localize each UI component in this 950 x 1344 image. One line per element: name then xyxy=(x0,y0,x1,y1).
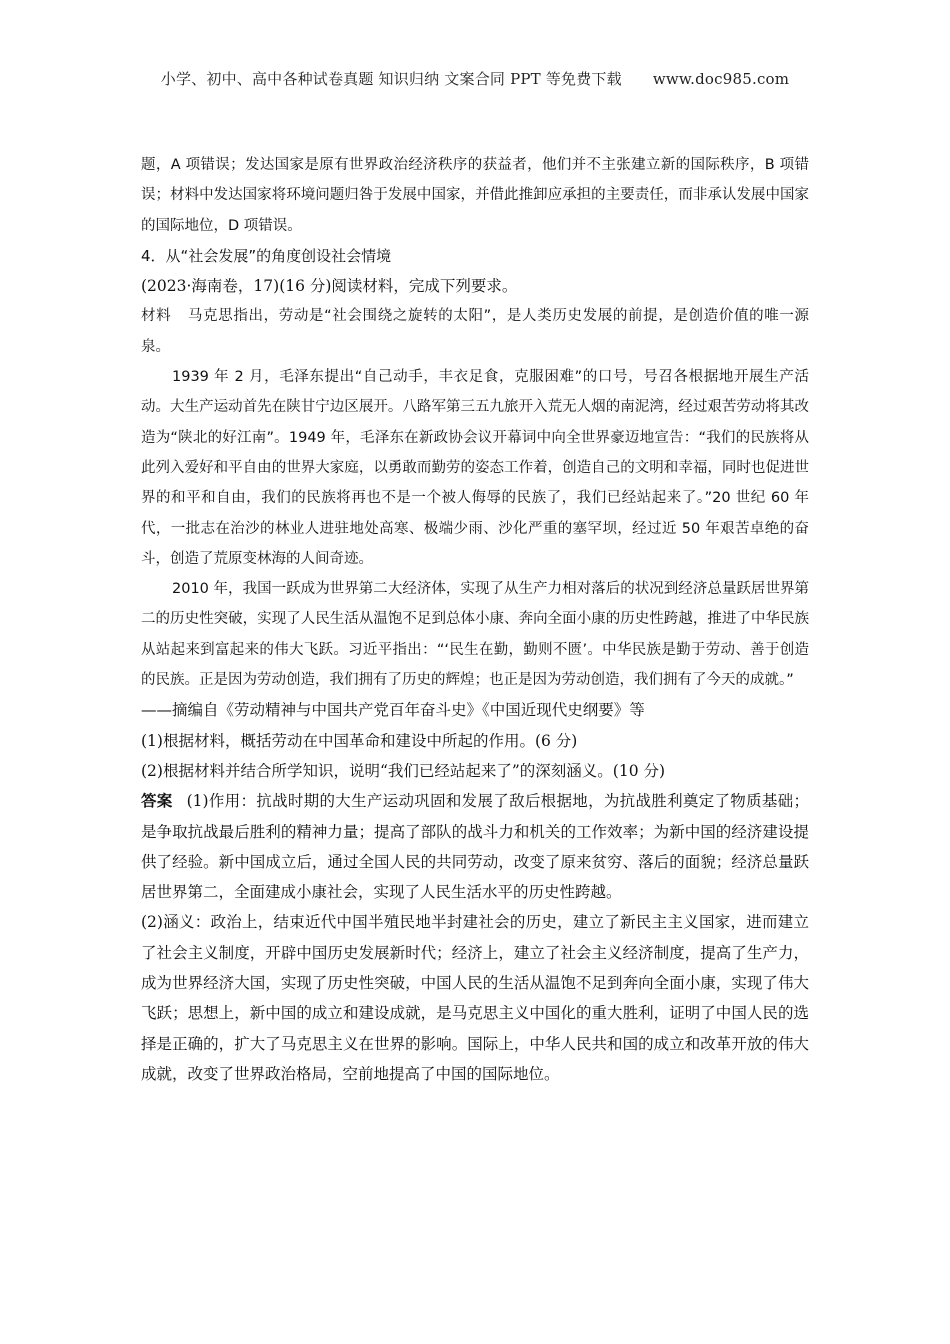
material-intro: 马克思指出，劳动是“社会围绕之旋转的太阳”，是人类历史发展的前提，是创造价值的唯… xyxy=(141,308,809,354)
answer-part-2: (2)涵义：政治上，结束近代中国半殖民地半封建社会的历史，建立了新民主主义国家，… xyxy=(141,907,809,1089)
document-body: 题，A 项错误；发达国家是原有世界政治经济秩序的获益者，他们并不主张建立新的国际… xyxy=(141,150,809,1089)
header-url: www.doc985.com xyxy=(653,70,789,88)
answer-part-1-text: (1)作用：抗战时期的大生产运动巩固和发展了敌后根据地，为抗战胜利奠定了物质基础… xyxy=(141,792,809,901)
answer-part-1: 答案(1)作用：抗战时期的大生产运动巩固和发展了敌后根据地，为抗战胜利奠定了物质… xyxy=(141,786,809,907)
material-citation: ——摘编自《劳动精神与中国共产党百年奋斗史》《中国近现代史纲要》等 xyxy=(141,695,809,725)
section-number: 4． xyxy=(141,247,166,265)
question-source: (2023·海南卷，17)(16 分)阅读材料，完成下列要求。 xyxy=(141,271,809,301)
sub-question-1: (1)根据材料，概括劳动在中国革命和建设中所起的作用。(6 分) xyxy=(141,726,809,756)
section-title: 从“社会发展”的角度创设社会情境 xyxy=(166,247,392,265)
previous-explanation: 题，A 项错误；发达国家是原有世界政治经济秩序的获益者，他们并不主张建立新的国际… xyxy=(141,150,809,241)
answer-label: 答案 xyxy=(141,792,173,810)
page-header: 小学、初中、高中各种试卷真题 知识归纳 文案合同 PPT 等免费下载 www.d… xyxy=(0,68,950,89)
sub-question-2: (2)根据材料并结合所学知识，说明“我们已经站起来了”的深刻涵义。(10 分) xyxy=(141,756,809,786)
header-tagline: 小学、初中、高中各种试卷真题 知识归纳 文案合同 PPT 等免费下载 xyxy=(161,70,622,88)
section-heading: 4．从“社会发展”的角度创设社会情境 xyxy=(141,241,809,271)
material-intro-paragraph: 材料马克思指出，劳动是“社会围绕之旋转的太阳”，是人类历史发展的前提，是创造价值… xyxy=(141,301,809,362)
material-label: 材料 xyxy=(141,308,171,324)
material-paragraph-1: 1939 年 2 月，毛泽东提出“自己动手，丰衣足食，克服困难”的口号，号召各根… xyxy=(141,362,809,574)
material-paragraph-2: 2010 年，我国一跃成为世界第二大经济体，实现了从生产力相对落后的状况到经济总… xyxy=(141,574,809,695)
